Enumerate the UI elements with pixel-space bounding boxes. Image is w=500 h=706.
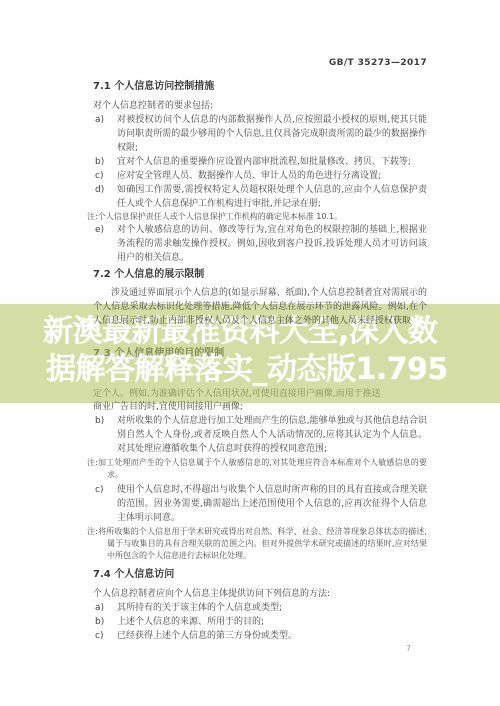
section-7-4-intro: 个人信息控制者应向个人信息主体提供访问下列信息的方法: [93,587,427,601]
section-7-2-heading: 7.2 个人信息的展示限制 [93,268,427,282]
list-label: b) [95,414,104,428]
note-7-3-c: 注:将所收集的个人信息用于学术研究或得出对自然、科学、社会、经济等现象总体状态的… [87,526,427,562]
list-item-7-4-b: b) 上述个人信息的来源、所用于的目的; [93,615,427,629]
list-text: 使用个人信息时,不得超出与收集个人信息时所声称的目的具有直接或合理关联的范围。因… [117,485,427,523]
list-item-7-1-d: d) 如确因工作需要,需授权特定人员超权限处理个人信息的,应由个人信息保护责任人… [93,183,427,211]
list-label: b) [95,615,104,629]
list-label: c) [95,629,103,643]
list-label: c) [95,169,103,183]
list-item-7-4-c: c) 已经获得上述个人信息的第三方身份或类型。 [93,629,427,643]
note-7-1: 注:个人信息保护责任人或个人信息保护工作机构的确定见本标准 10.1。 [87,211,427,223]
list-text: 上述个人信息的来源、所用于的目的; [117,617,264,627]
standard-reference-header: GB/T 35273—2017 [93,56,427,71]
list-label: a) [95,113,104,127]
section-7-2-paragraph: 涉及通过界面展示个人信息的(如显示屏幕、纸面),个人信息控制者宜对需展示的个人信… [93,286,427,328]
list-text: 应对安全管理人员、数据操作人员、审计人员的角色进行分离设置; [117,171,381,181]
document-page: 7.3 个人信息使用的目的限制 定个人。例如,为准确评估个人信用状况,可使用直接… [0,0,500,706]
list-continuation-7-3-a: 商业广告目的时,宜使用间接用户画像; [93,400,427,414]
list-text: 已经获得上述个人信息的第三方身份或类型。 [117,631,297,641]
list-label: e) [95,223,104,237]
list-text: 对个人敏感信息的访问、修改等行为,宜在对角色的权限控制的基础上,根据业务流程的需… [117,225,427,263]
section-7-1-intro: 对个人信息控制者的要求包括: [93,99,427,113]
list-label: d) [95,183,104,197]
list-item-7-3-b: b) 对所收集的个人信息进行加工处理而产生的信息,能够单独或与其他信息结合识别自… [93,414,427,456]
section-7-1-heading: 7.1 个人信息访问控制措施 [93,80,427,94]
list-label: b) [95,155,104,169]
list-text: 对被授权访问个人信息的内部数据操作人员,应按照最小授权的原则,使其只能访问职责所… [117,115,427,153]
page-number: 7 [406,644,411,653]
list-text: 如确因工作需要,需授权特定人员超权限处理个人信息的,应由个人信息保护责任人或个人… [117,185,427,209]
list-text: 对所收集的个人信息进行加工处理而产生的信息,能够单独或与其他信息结合识别自然人个… [117,416,427,454]
list-text: 其所持有的关于该主体的个人信息或类型; [117,603,282,613]
document-body: GB/T 35273—2017 7.1 个人信息访问控制措施 对个人信息控制者的… [93,56,427,643]
list-item-7-1-c: c) 应对安全管理人员、数据操作人员、审计人员的角色进行分离设置; [93,169,427,183]
note-7-3-b: 注:加工处理而产生的个人信息属于个人敏感信息的,对其处理应符合本标准对个人敏感信… [87,457,427,481]
list-label: c) [95,483,103,497]
list-item-7-3-c: c) 使用个人信息时,不得超出与收集个人信息时所声称的目的具有直接或合理关联的范… [93,483,427,525]
section-7-4-heading: 7.4 个人信息访问 [93,568,427,582]
list-item-7-1-e: e) 对个人敏感信息的访问、修改等行为,宜在对角色的权限控制的基础上,根据业务流… [93,223,427,265]
list-item-7-1-b: b) 宜对个人信息的重要操作应设置内部审批流程,如批量修改、拷贝、下载等; [93,155,427,169]
list-label: a) [95,601,104,615]
list-text: 宜对个人信息的重要操作应设置内部审批流程,如批量修改、拷贝、下载等; [117,157,411,167]
list-item-7-1-a: a) 对被授权访问个人信息的内部数据操作人员,应按照最小授权的原则,使其只能访问… [93,113,427,155]
list-item-7-4-a: a) 其所持有的关于该主体的个人信息或类型; [93,601,427,615]
